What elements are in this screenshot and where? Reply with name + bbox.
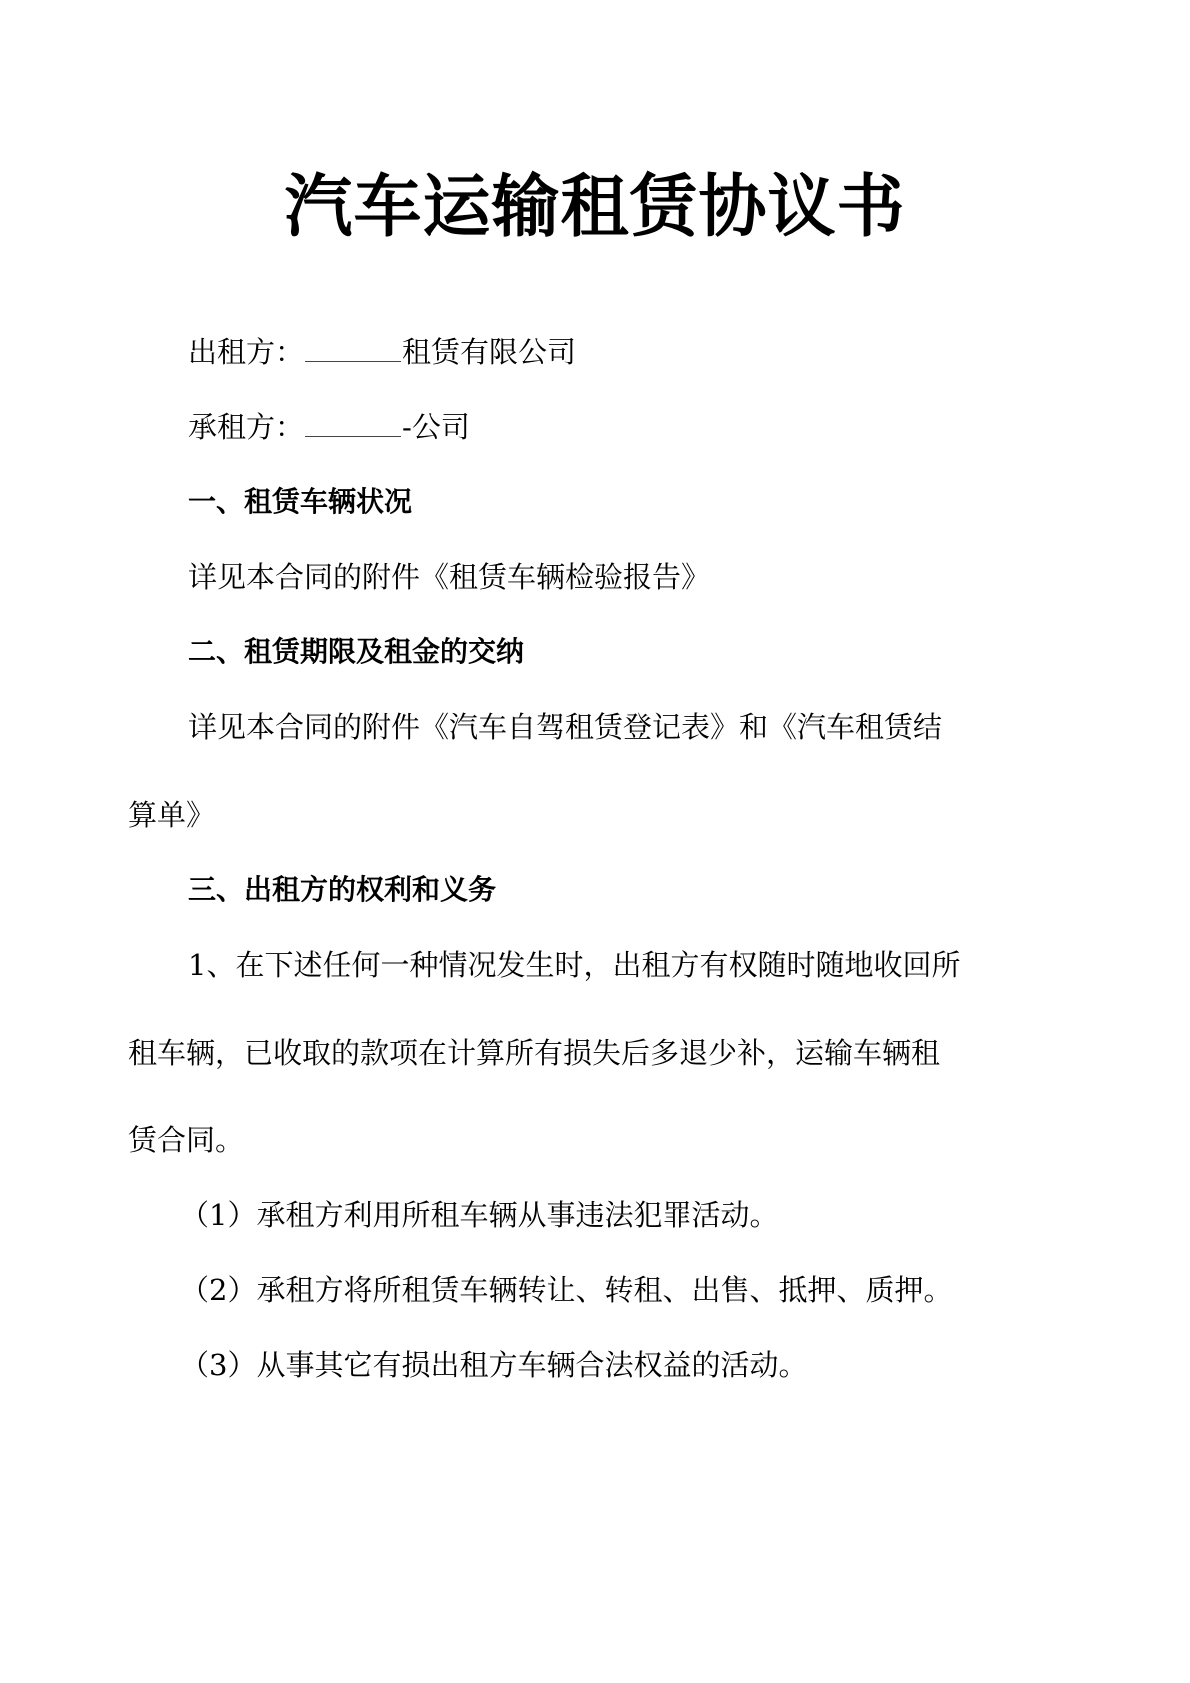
lessor-blank-field[interactable] bbox=[305, 335, 401, 362]
section-3-body-line-3: 赁合同。 bbox=[128, 1122, 244, 1158]
section-3-body-line-2: 租车辆，已收取的款项在计算所有损失后多退少补，运输车辆租 bbox=[128, 1035, 940, 1071]
document-title: 汽车运输租赁协议书 bbox=[0, 168, 1190, 248]
lessor-suffix: 租赁有限公司 bbox=[402, 335, 576, 369]
section-2-heading: 二、租赁期限及租金的交纳 bbox=[188, 634, 524, 670]
section-3-item-3: （3）从事其它有损出租方车辆合法权益的活动。 bbox=[180, 1347, 807, 1383]
lessee-suffix: -公司 bbox=[402, 410, 470, 444]
document-page: 汽车运输租赁协议书 出租方：租赁有限公司 承租方：-公司 一、租赁车辆状况 详见… bbox=[0, 0, 1190, 1683]
section-1-body: 详见本合同的附件《租赁车辆检验报告》 bbox=[188, 559, 710, 595]
lessee-line: 承租方：-公司 bbox=[188, 409, 470, 445]
lessor-line: 出租方：租赁有限公司 bbox=[188, 334, 576, 370]
section-3-body-line-1: 1、在下述任何一种情况发生时，出租方有权随时随地收回所 bbox=[188, 947, 960, 983]
lessee-blank-field[interactable] bbox=[305, 410, 401, 437]
section-2-body-line-1: 详见本合同的附件《汽车自驾租赁登记表》和《汽车租赁结 bbox=[188, 709, 942, 745]
section-3-heading: 三、出租方的权利和义务 bbox=[188, 872, 496, 908]
lessor-label: 出租方： bbox=[188, 335, 304, 369]
section-2-body-line-2: 算单》 bbox=[128, 797, 215, 833]
section-3-item-2: （2）承租方将所租赁车辆转让、转租、出售、抵押、质押。 bbox=[180, 1272, 952, 1308]
lessee-label: 承租方： bbox=[188, 410, 304, 444]
section-3-item-1: （1）承租方利用所租车辆从事违法犯罪活动。 bbox=[180, 1197, 778, 1233]
section-1-heading: 一、租赁车辆状况 bbox=[188, 484, 412, 520]
